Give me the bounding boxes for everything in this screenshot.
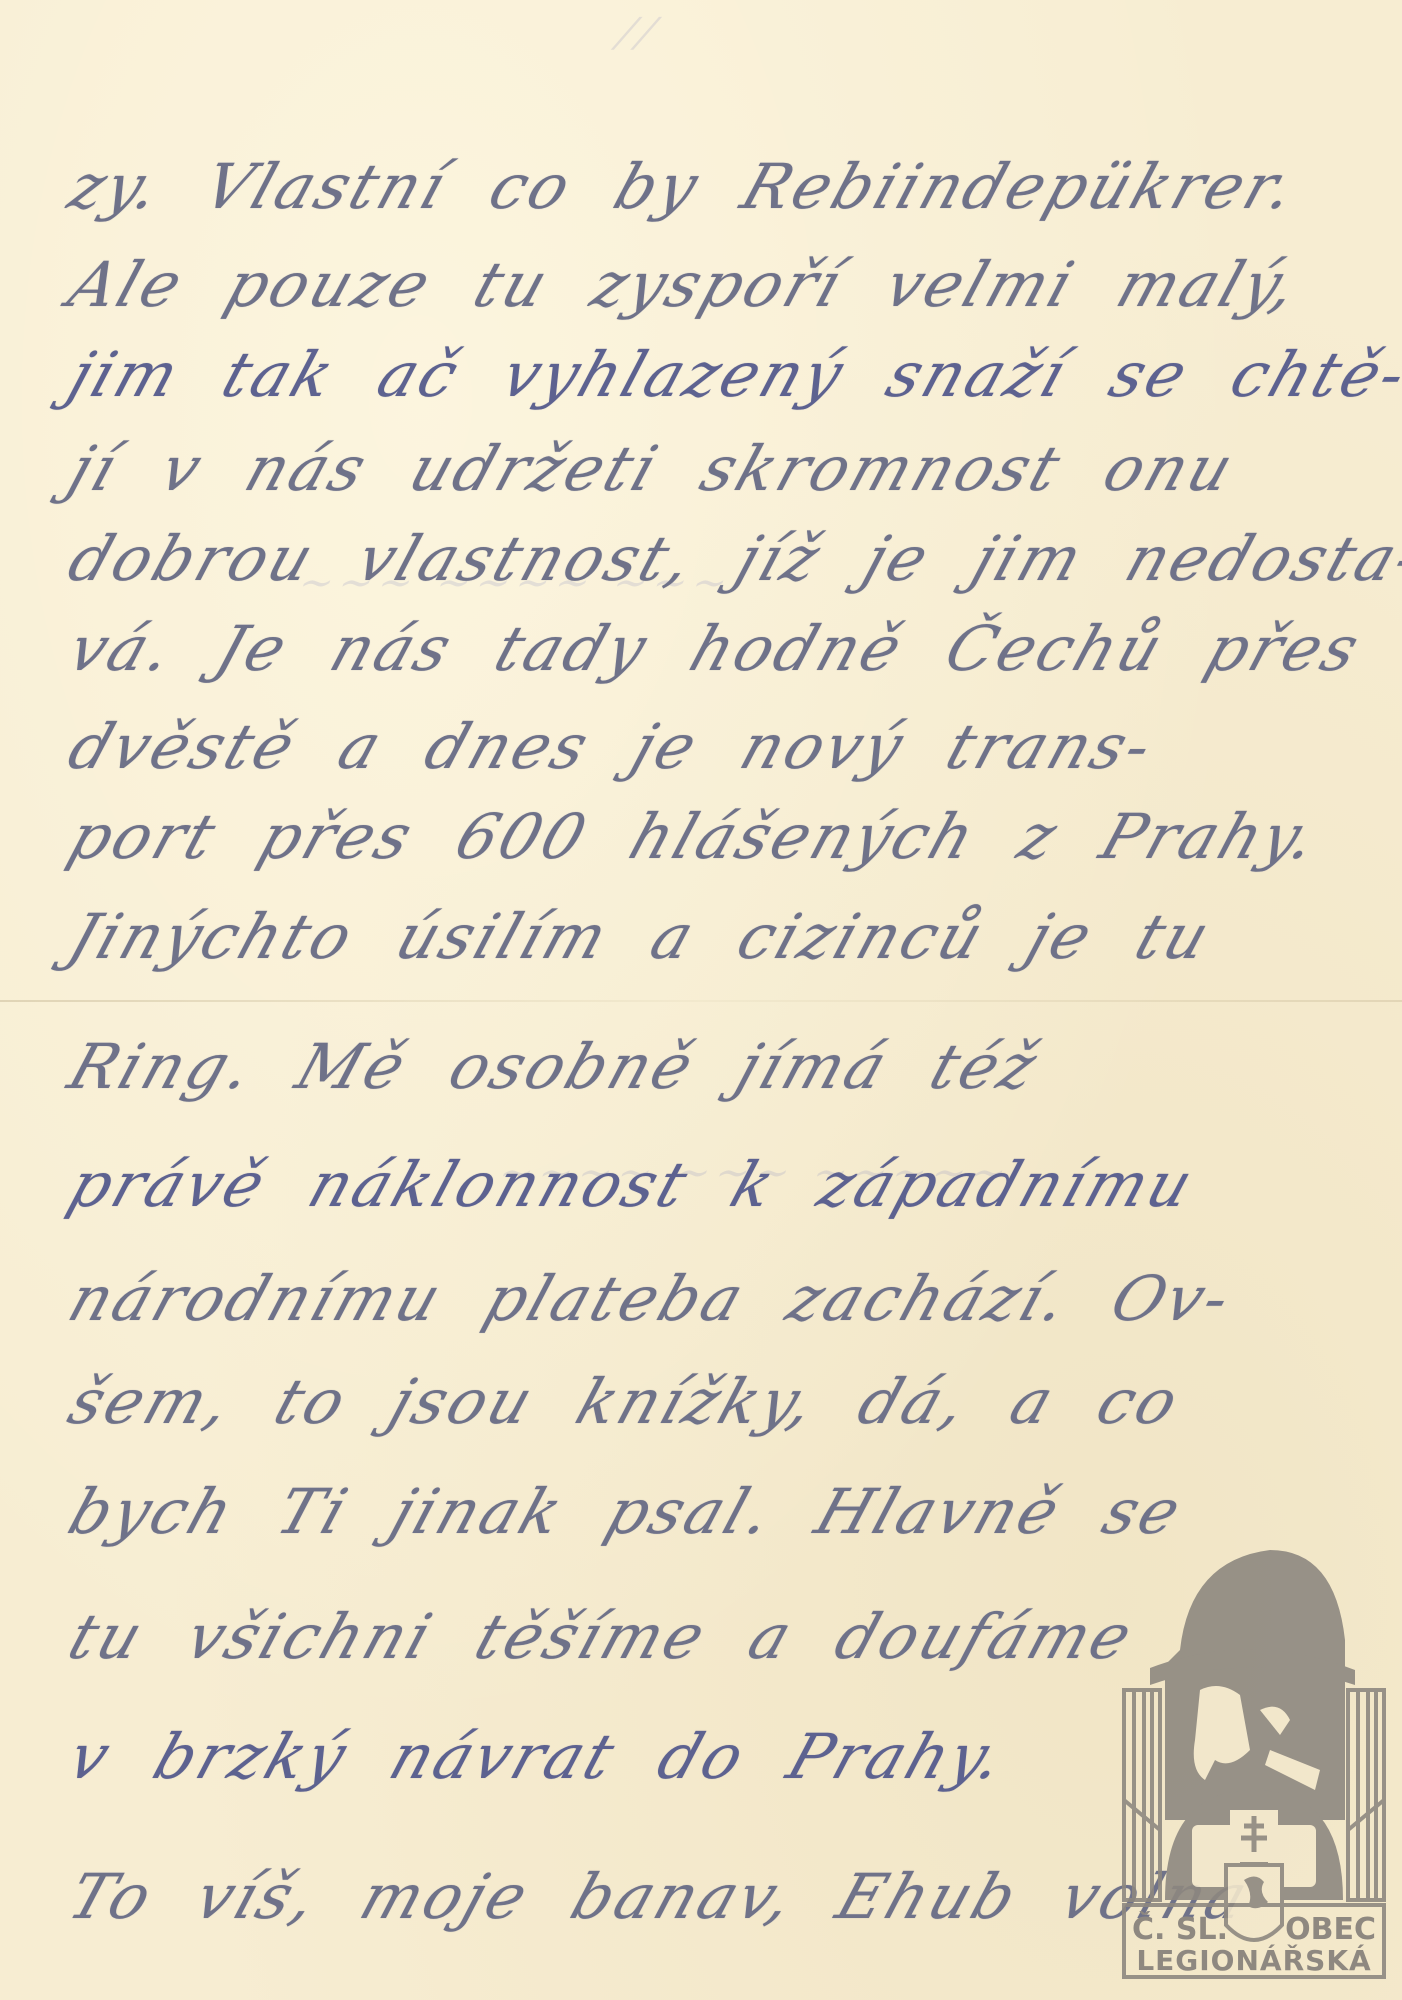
letter-line: dvěstě a dnes je nový trans- [60,710,1164,783]
letter-line: port přes 600 hlášených z Prahy. [60,800,1328,873]
watermark-label-right: OBEC [1285,1912,1376,1947]
legionnaire-helmet-emblem-icon [1120,1520,1388,1980]
watermark-label-bottom: LEGIONÁŘSKÁ [1120,1944,1388,1977]
letter-line: To víš, moje banav, Ehub volna [60,1860,1259,1933]
letter-line: jí v nás udržeti skromnost onu [60,432,1245,505]
letter-line: v brzký návrat do Prahy. [60,1720,1015,1793]
letter-line: Ring. Mě osobně jímá též [60,1030,1048,1103]
letter-line: národnímu plateba zachází. Ov- [60,1262,1242,1335]
letter-line: bych Ti jinak psal. Hlavně se [60,1475,1192,1548]
letter-line: Jinýchto úsilím a cizinců je tu [60,900,1221,973]
paper-fold-crease [0,1000,1402,1002]
letter-line: právě náklonnost k západnímu [60,1148,1204,1221]
letter-line: dobrou vlastnost, jíž je jim nedosta- [60,522,1402,595]
obec-legionarska-watermark: Č. SL. OBEC LEGIONÁŘSKÁ [1120,1520,1388,1980]
letter-line: zy. Vlastní co by Rebiindepükrer. [60,150,1307,223]
letter-line: vá. Je nás tady hodně Čechů přes [60,612,1371,685]
letter-line: jim tak ač vyhlazený snaží se chtě- [60,338,1402,411]
letter-line: tu všichni těšíme a doufáme [60,1600,1144,1673]
letter-line: šem, to jsou knížky, dá, a co [60,1365,1190,1438]
letter-line: Ale pouze tu zyspoří velmi malý, [60,248,1309,321]
watermark-label-left: Č. SL. [1132,1912,1228,1947]
